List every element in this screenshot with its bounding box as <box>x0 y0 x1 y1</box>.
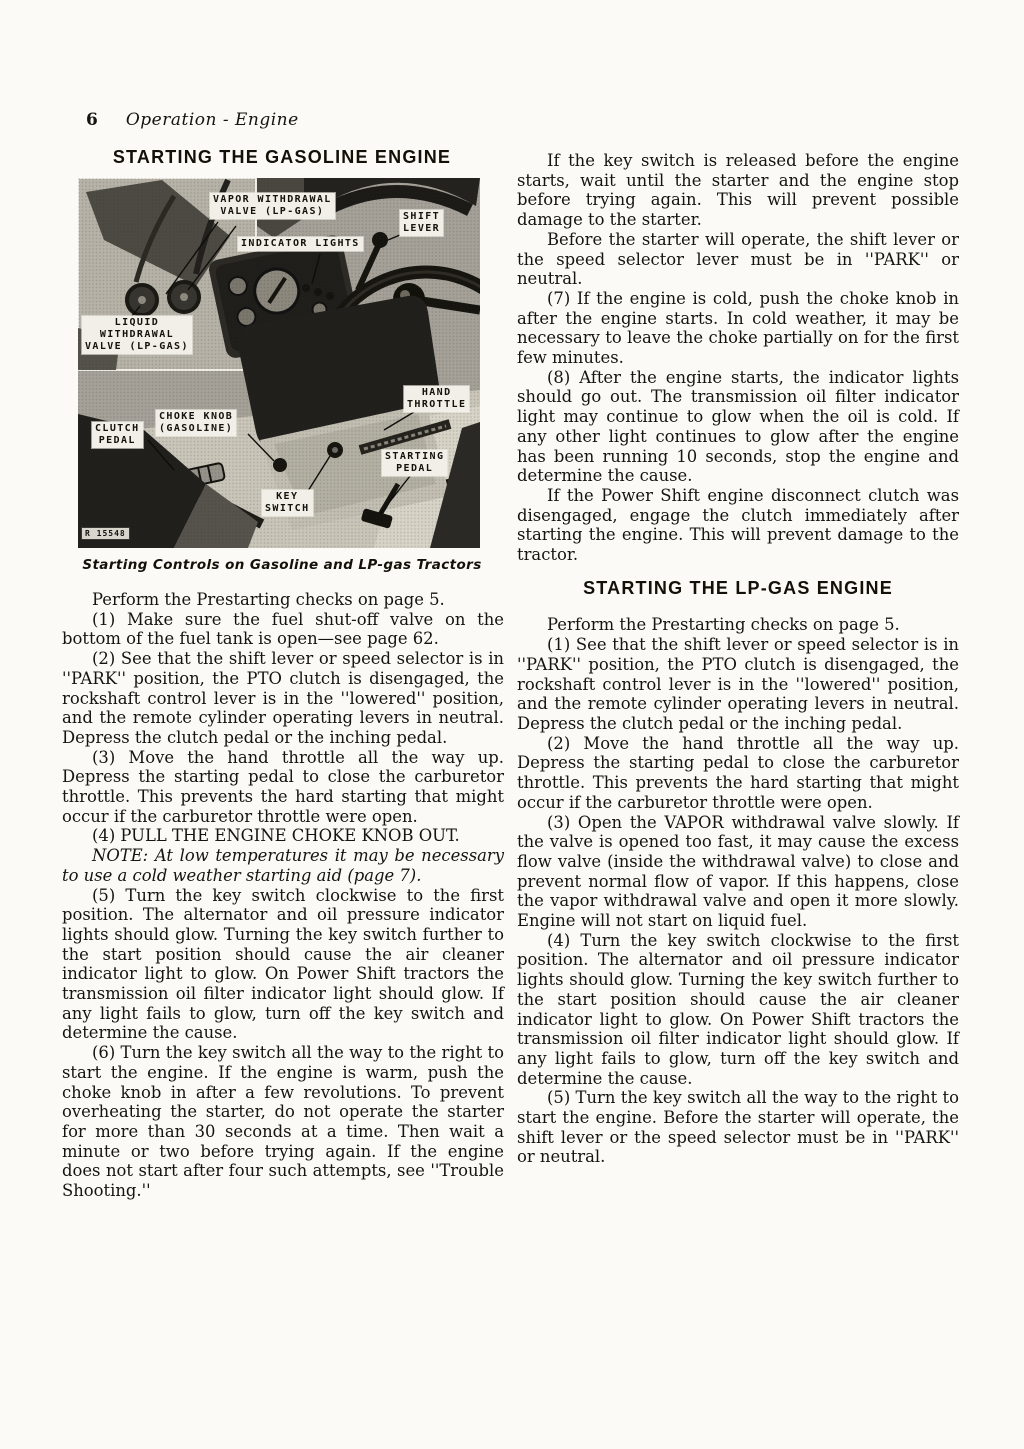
figure-label-hand-throttle: HAND THROTTLE <box>404 386 469 412</box>
paragraph-gas-step-4: (4) PULL THE ENGINE CHOKE KNOB OUT. <box>62 826 504 846</box>
paragraph-prestart-lp: Perform the Prestarting checks on page 5… <box>517 615 959 635</box>
paragraph-note-cold-weather: NOTE: At low temperatures it may be nece… <box>62 846 504 885</box>
paragraph-gas-step-2: (2) See that the shift lever or speed se… <box>62 649 504 748</box>
heading-gasoline-engine: STARTING THE GASOLINE ENGINE <box>62 147 502 168</box>
paragraph-gas-step-3: (3) Move the hand throttle all the way u… <box>62 748 504 827</box>
paragraph-lp-step-4: (4) Turn the key switch clockwise to the… <box>517 931 959 1089</box>
figure-label-indicator-lights: INDICATOR LIGHTS <box>238 237 363 251</box>
figure-label-clutch-pedal: CLUTCH PEDAL <box>92 422 143 448</box>
starting-controls-figure: VAPOR WITHDRAWAL VALVE (LP-GAS) SHIFT LE… <box>78 178 480 548</box>
paragraph-lp-step-1: (1) See that the shift lever or speed se… <box>517 635 959 734</box>
figure-label-shift-lever: SHIFT LEVER <box>400 210 443 236</box>
figure-label-key-switch: KEY SWITCH <box>262 490 313 516</box>
paragraph-starter-park: Before the starter will operate, the shi… <box>517 230 959 289</box>
heading-lp-gas-engine: STARTING THE LP-GAS ENGINE <box>517 579 959 599</box>
right-column: If the key switch is released before the… <box>517 151 959 1167</box>
figure-caption: Starting Controls on Gasoline and LP-gas… <box>62 557 502 573</box>
paragraph-gas-step-7: (7) If the engine is cold, push the chok… <box>517 289 959 368</box>
paragraph-lp-step-2: (2) Move the hand throttle all the way u… <box>517 734 959 813</box>
paragraph-gas-step-1: (1) Make sure the fuel shut-off valve on… <box>62 610 504 649</box>
running-header: 6 Operation - Engine <box>86 110 299 130</box>
paragraph-key-release: If the key switch is released before the… <box>517 151 959 230</box>
paragraph-gas-step-8: (8) After the engine starts, the indicat… <box>517 368 959 486</box>
section-title: Operation - Engine <box>126 110 299 130</box>
paragraph-lp-step-5: (5) Turn the key switch all the way to t… <box>517 1088 959 1167</box>
figure-label-choke-knob: CHOKE KNOB (GASOLINE) <box>156 410 236 436</box>
page-number: 6 <box>86 110 98 130</box>
figure-label-vapor-withdrawal-valve: VAPOR WITHDRAWAL VALVE (LP-GAS) <box>210 193 335 219</box>
paragraph-prestart-gas: Perform the Prestarting checks on page 5… <box>62 590 504 610</box>
photo-id-tag: R 15548 <box>81 527 130 540</box>
paragraph-gas-step-6: (6) Turn the key switch all the way to t… <box>62 1043 504 1201</box>
paragraph-lp-step-3: (3) Open the VAPOR withdrawal valve slow… <box>517 813 959 931</box>
left-column: Perform the Prestarting checks on page 5… <box>62 590 504 1201</box>
figure-label-starting-pedal: STARTING PEDAL <box>382 450 447 476</box>
figure-label-liquid-withdrawal-valve: LIQUID WITHDRAWAL VALVE (LP-GAS) <box>82 316 192 354</box>
paragraph-gas-step-5: (5) Turn the key switch clockwise to the… <box>62 886 504 1044</box>
paragraph-power-shift-clutch: If the Power Shift engine disconnect clu… <box>517 486 959 565</box>
